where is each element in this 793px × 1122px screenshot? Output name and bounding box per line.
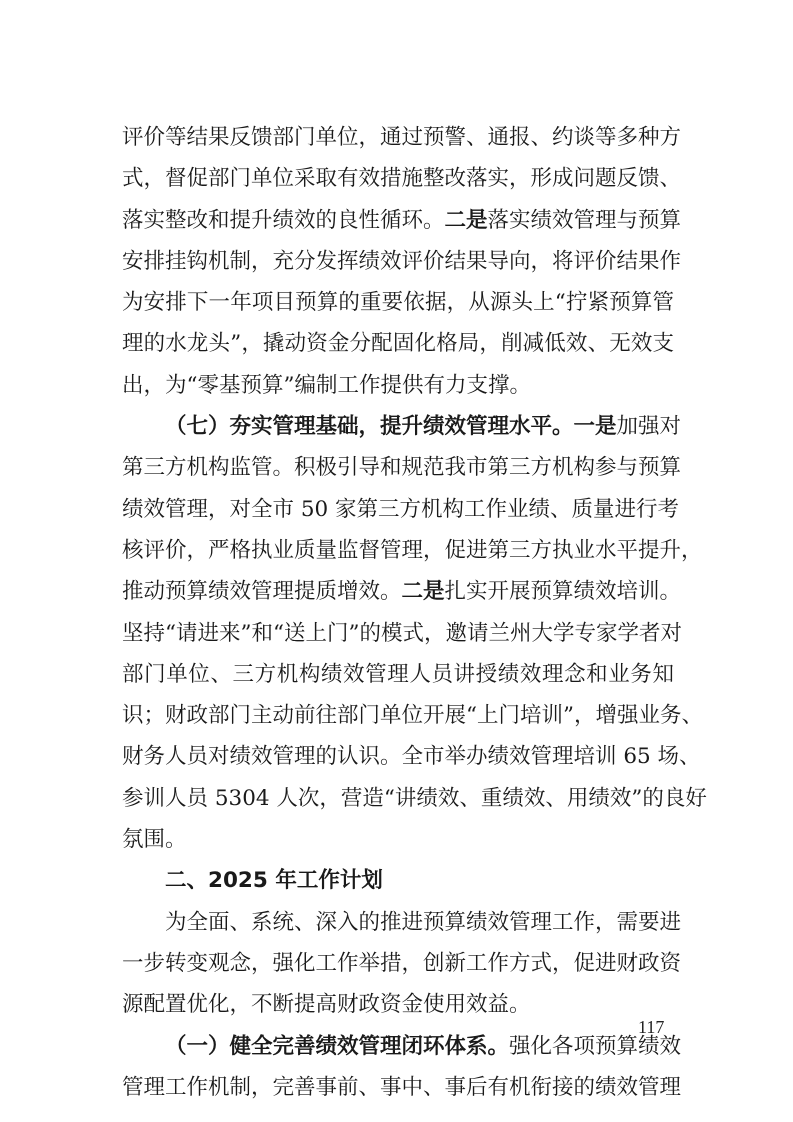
- text-run: 核评价，严格执业质量监督管理，促进第三方执业水平提升，: [122, 538, 703, 563]
- text-run: 氛围。: [122, 827, 187, 852]
- paragraph-line: 源配置优化，不断提高财政资金使用效益。: [122, 984, 674, 1025]
- section-heading-line: （七）夯实管理基础，提升绩效管理水平。一是加强对: [122, 406, 674, 447]
- document-body: 评价等结果反馈部门单位，通过预警、通报、约谈等多种方 式，督促部门单位采取有效措…: [122, 117, 674, 1108]
- paragraph-line: 坚持“请进来”和“送上门”的模式，邀请兰州大学专家学者对: [122, 613, 674, 654]
- text-run: 扎实开展预算绩效培训。: [445, 579, 682, 604]
- text-run: 坚持“请进来”和“送上门”的模式，邀请兰州大学专家学者对: [122, 621, 682, 646]
- bold-text-run: 二是: [445, 208, 488, 233]
- paragraph-line: 识；财政部门主动前往部门单位开展“上门培训”，增强业务、: [122, 695, 674, 736]
- paragraph-line: 评价等结果反馈部门单位，通过预警、通报、约谈等多种方: [122, 117, 674, 158]
- paragraph-line: 出，为“零基预算”编制工作提供有力支撑。: [122, 365, 674, 406]
- text-run: 落实整改和提升绩效的良性循环。: [122, 208, 445, 233]
- text-run: 式，督促部门单位采取有效措施整改落实，形成问题反馈、: [122, 166, 681, 191]
- text-run: 加强对: [617, 414, 682, 439]
- paragraph-line: 核评价，严格执业质量监督管理，促进第三方执业水平提升，: [122, 530, 674, 571]
- bold-text-run: 二是: [402, 579, 445, 604]
- text-run: 出，为“零基预算”编制工作提供有力支撑。: [122, 373, 531, 398]
- paragraph-line: 部门单位、三方机构绩效管理人员讲授绩效理念和业务知: [122, 654, 674, 695]
- text-run: 财务人员对绩效管理的认识。全市举办绩效管理培训 65 场、: [122, 744, 701, 769]
- text-run: 绩效管理，对全市 50 家第三方机构工作业绩、质量进行考: [122, 497, 679, 522]
- text-run: 推动预算绩效管理提质增效。: [122, 579, 402, 604]
- text-run: 识；财政部门主动前往部门单位开展“上门培训”，增强业务、: [122, 703, 703, 728]
- text-run: 评价等结果反馈部门单位，通过预警、通报、约谈等多种方: [122, 125, 681, 150]
- text-run: 管理工作机制，完善事前、事中、事后有机衔接的绩效管理: [122, 1075, 681, 1100]
- paragraph-line: 推动预算绩效管理提质增效。二是扎实开展预算绩效培训。: [122, 571, 674, 612]
- text-run: 为全面、系统、深入的推进预算绩效管理工作，需要进: [165, 910, 681, 935]
- chapter-heading-line: 二、2025 年工作计划: [122, 860, 674, 901]
- paragraph-line: 式，督促部门单位采取有效措施整改落实，形成问题反馈、: [122, 158, 674, 199]
- text-run: 理的水龙头”，撬动资金分配固化格局，削减低效、无效支: [122, 331, 674, 356]
- paragraph-line: 为全面、系统、深入的推进预算绩效管理工作，需要进: [122, 902, 674, 943]
- text-run: 参训人员 5304 人次，营造“讲绩效、重绩效、用绩效”的良好: [122, 786, 707, 811]
- section-heading-line: （一）健全完善绩效管理闭环体系。强化各项预算绩效: [122, 1026, 674, 1067]
- text-run: 源配置优化，不断提高财政资金使用效益。: [122, 992, 531, 1017]
- text-run: 一步转变观念，强化工作举措，创新工作方式，促进财政资: [122, 951, 681, 976]
- paragraph-line: 财务人员对绩效管理的认识。全市举办绩效管理培训 65 场、: [122, 736, 674, 777]
- paragraph-line: 理的水龙头”，撬动资金分配固化格局，削减低效、无效支: [122, 323, 674, 364]
- section-heading: （一）健全完善绩效管理闭环体系。: [165, 1034, 509, 1059]
- paragraph-line: 安排挂钩机制，充分发挥绩效评价结果导向，将评价结果作: [122, 241, 674, 282]
- text-run: 安排挂钩机制，充分发挥绩效评价结果导向，将评价结果作: [122, 249, 681, 274]
- paragraph-line: 管理工作机制，完善事前、事中、事后有机衔接的绩效管理: [122, 1067, 674, 1108]
- text-run: 为安排下一年项目预算的重要依据，从源头上“拧紧预算管: [122, 290, 674, 315]
- paragraph-line: 参训人员 5304 人次，营造“讲绩效、重绩效、用绩效”的良好: [122, 778, 674, 819]
- text-run: 第三方机构监管。积极引导和规范我市第三方机构参与预算: [122, 455, 681, 480]
- text-run: 部门单位、三方机构绩效管理人员讲授绩效理念和业务知: [122, 662, 674, 687]
- chapter-heading: 二、2025 年工作计划: [165, 868, 383, 893]
- paragraph-line: 氛围。: [122, 819, 674, 860]
- paragraph-line: 绩效管理，对全市 50 家第三方机构工作业绩、质量进行考: [122, 489, 674, 530]
- paragraph-line: 第三方机构监管。积极引导和规范我市第三方机构参与预算: [122, 447, 674, 488]
- page-number: 117: [638, 1017, 664, 1038]
- paragraph-line: 落实整改和提升绩效的良性循环。二是落实绩效管理与预算: [122, 200, 674, 241]
- paragraph-line: 为安排下一年项目预算的重要依据，从源头上“拧紧预算管: [122, 282, 674, 323]
- text-run: 落实绩效管理与预算: [488, 208, 682, 233]
- paragraph-line: 一步转变观念，强化工作举措，创新工作方式，促进财政资: [122, 943, 674, 984]
- section-heading: （七）夯实管理基础，提升绩效管理水平。一是: [165, 414, 617, 439]
